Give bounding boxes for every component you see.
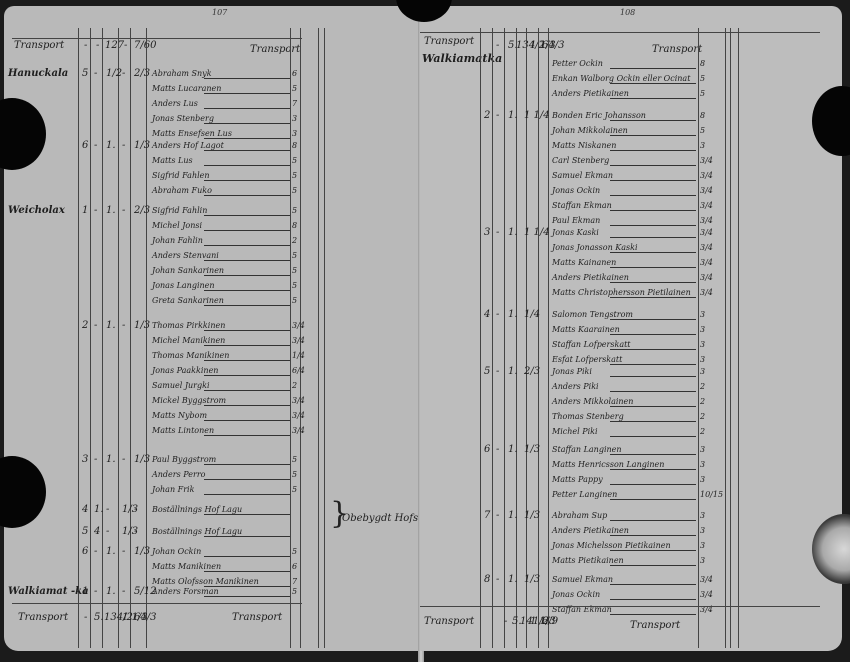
name-rule — [610, 535, 696, 536]
name-rule — [204, 78, 290, 79]
name-rule — [204, 360, 290, 361]
share-value: 3/4 — [700, 216, 713, 225]
entry-c3: 1. — [508, 444, 518, 455]
entry-c4: - — [122, 140, 125, 151]
column-rule — [78, 28, 79, 648]
share-value: 5 — [292, 186, 297, 195]
name-rule — [610, 421, 696, 422]
entry-c4: 1/3 — [524, 444, 540, 455]
entry-c5: 1/3 — [134, 320, 150, 331]
place-label: Hanuckala — [8, 68, 68, 79]
share-value: 3 — [700, 325, 705, 334]
person-name: Samuel Jurgki — [152, 381, 210, 390]
person-name: Carl Stenberg — [552, 156, 609, 165]
name-rule — [204, 305, 290, 306]
entry-no: 4 — [82, 504, 88, 515]
entry-no: 3 — [484, 227, 490, 238]
place-label: Walkiamat -ka — [8, 586, 89, 597]
entry-c4: - — [122, 320, 125, 331]
person-name: Mickel Byggstrom — [152, 396, 226, 405]
right-page: 108 Transport Walkiamatka - 5. 134/2 1 1… — [420, 6, 842, 651]
name-rule — [204, 215, 290, 216]
person-name: Abraham Fuko — [152, 186, 212, 195]
name-rule — [204, 108, 290, 109]
entry-c2: - — [496, 309, 499, 320]
entry-no: 6 — [484, 444, 490, 455]
column-rule — [516, 28, 517, 648]
header-rule — [12, 38, 302, 39]
entry-c2: - — [496, 510, 499, 521]
footer-right-transport: Transport — [630, 620, 680, 631]
entry-c3: 1. — [508, 574, 518, 585]
name-rule — [610, 334, 696, 335]
name-rule — [610, 252, 696, 253]
name-rule — [204, 195, 290, 196]
name-rule — [610, 297, 696, 298]
person-name: Bonden Eric Johansson — [552, 111, 646, 120]
name-rule — [610, 550, 696, 551]
person-name: Enkan Walborg Ockin eller Ocinat — [552, 74, 690, 83]
share-value: 5 — [292, 296, 297, 305]
name-rule — [610, 520, 696, 521]
share-value: 3 — [700, 541, 705, 550]
header-right-transport: Transport — [652, 44, 702, 55]
share-value: 2 — [292, 236, 297, 245]
entry-c3: 1. — [508, 110, 518, 121]
share-value: 3 — [292, 129, 297, 138]
share-value: 3/4 — [700, 575, 713, 584]
share-value: 3/4 — [292, 426, 305, 435]
person-name: Thomas Manikinen — [152, 351, 229, 360]
share-value: 3/4 — [700, 201, 713, 210]
name-rule — [204, 514, 290, 515]
share-value: 3/4 — [292, 321, 305, 330]
header-col-2: - — [96, 40, 99, 51]
page-number: 108 — [620, 8, 635, 17]
person-name: Matts Lus — [152, 156, 193, 165]
person-name: Anders Pietikainen — [552, 273, 629, 282]
footer-right-transport: Transport — [232, 612, 282, 623]
person-name: Petter Ockin — [552, 59, 603, 68]
name-rule — [610, 469, 696, 470]
entry-c4: 2/3 — [524, 366, 540, 377]
entry-c2: - — [94, 586, 97, 597]
share-value: 3 — [700, 310, 705, 319]
share-value: 10/15 — [700, 490, 723, 499]
person-name: Anders Pietikainen — [552, 526, 629, 535]
person-name: Samuel Ekman — [552, 171, 613, 180]
footer-col-2: 5. — [94, 612, 104, 623]
header-col-5: 64/3 — [542, 40, 564, 51]
entry-c5: - — [134, 526, 137, 537]
name-rule — [204, 290, 290, 291]
share-value: 5 — [700, 126, 705, 135]
person-name: Johan Fahlin — [152, 236, 203, 245]
person-name: Anders Lus — [152, 99, 198, 108]
person-name: Abraham Sup — [552, 511, 607, 520]
entry-c2: - — [496, 444, 499, 455]
name-rule — [610, 319, 696, 320]
share-value: 5 — [292, 84, 297, 93]
entry-c4: - — [122, 586, 125, 597]
entry-c2: - — [94, 546, 97, 557]
person-name: Matts Olofsson Manikinen — [152, 577, 259, 586]
person-name: Salomon Tengstrom — [552, 310, 633, 319]
entry-c3: 1. — [508, 366, 518, 377]
person-name: Matts Pietikainen — [552, 556, 624, 565]
name-rule — [610, 120, 696, 121]
entry-c4: - — [122, 205, 125, 216]
entry-c3: 1. — [508, 227, 518, 238]
share-value: 5 — [292, 251, 297, 260]
entry-no: 3 — [82, 454, 88, 465]
share-value: 3/4 — [700, 258, 713, 267]
entry-c4: - — [122, 546, 125, 557]
name-rule — [204, 479, 290, 480]
person-name: Anders Stenvani — [152, 251, 219, 260]
bracket-note: Obebygdt Hofslager — [342, 513, 420, 524]
share-value: 5 — [292, 485, 297, 494]
name-rule — [610, 599, 696, 600]
name-rule — [610, 391, 696, 392]
person-name: Jonas Stenberg — [152, 114, 214, 123]
share-value: 8 — [700, 111, 705, 120]
name-rule — [204, 405, 290, 406]
person-name: Anders Perro — [152, 470, 205, 479]
entry-no: 1 — [82, 586, 88, 597]
person-name: Staffan Ekman — [552, 201, 612, 210]
name-rule — [610, 436, 696, 437]
name-rule — [610, 484, 696, 485]
share-value: 3/4 — [700, 273, 713, 282]
footer-rule — [12, 603, 302, 604]
footer-col-1: - — [504, 616, 507, 627]
name-rule — [610, 180, 696, 181]
share-value: 5 — [292, 266, 297, 275]
name-rule — [610, 406, 696, 407]
person-name: Staffan Langinen — [552, 445, 622, 454]
column-rule — [290, 28, 291, 648]
name-rule — [610, 165, 696, 166]
person-name: Boställnings Hof Lagu — [152, 505, 242, 514]
entry-no: 7 — [484, 510, 490, 521]
share-value: 5 — [292, 455, 297, 464]
name-rule — [204, 245, 290, 246]
share-value: 3/4 — [700, 171, 713, 180]
entry-c3: 1. — [508, 309, 518, 320]
name-rule — [204, 571, 290, 572]
name-rule — [610, 135, 696, 136]
name-rule — [204, 93, 290, 94]
share-value: 3/4 — [292, 336, 305, 345]
name-rule — [610, 68, 696, 69]
column-rule — [526, 28, 527, 648]
entry-c2: - — [496, 227, 499, 238]
share-value: 5 — [700, 89, 705, 98]
person-name: Matts Kainanen — [552, 258, 616, 267]
share-value: 2 — [700, 382, 705, 391]
name-rule — [610, 98, 696, 99]
person-name: Thomas Pirkkinen — [152, 321, 225, 330]
share-value: 3/4 — [292, 396, 305, 405]
name-rule — [610, 210, 696, 211]
footer-col-5: 64/3 — [134, 612, 156, 623]
entry-c2: - — [496, 110, 499, 121]
entry-c5: 2/3 — [134, 68, 150, 79]
entry-c3: 1. — [106, 140, 116, 151]
entry-c3: 1. — [106, 454, 116, 465]
person-name: Matts Lintonen — [152, 426, 214, 435]
person-name: Thomas Stenberg — [552, 412, 624, 421]
name-rule — [610, 454, 696, 455]
entry-c4: 1/3 — [524, 510, 540, 521]
person-name: Jonas Paakkinen — [152, 366, 218, 375]
share-value: 3/4 — [700, 288, 713, 297]
share-value: 8 — [700, 59, 705, 68]
header-transport-label: Transport — [14, 40, 64, 51]
entry-c3: 1. — [106, 320, 116, 331]
share-value: 3/4 — [700, 228, 713, 237]
person-name: Johan Sankarinen — [152, 266, 224, 275]
person-name: Matts Manikinen — [152, 562, 221, 571]
header-col-1: - — [84, 40, 87, 51]
person-name: Jonas Jonasson Kaski — [552, 243, 638, 252]
entry-c3: 1. — [508, 510, 518, 521]
share-value: 8 — [292, 141, 297, 150]
entry-c4: - — [122, 68, 125, 79]
person-name: Abraham Snyk — [152, 69, 212, 78]
person-name: Staffan Lofperskatt — [552, 340, 631, 349]
footer-col-1: - — [84, 612, 87, 623]
person-name: Matts Pappy — [552, 475, 603, 484]
name-rule — [204, 275, 290, 276]
share-value: 8 — [292, 221, 297, 230]
column-rule — [725, 28, 726, 648]
footer-transport-label: Transport — [424, 616, 474, 627]
person-name: Sigfrid Fahlen — [152, 171, 210, 180]
person-name: Johan Mikkolainen — [552, 126, 628, 135]
name-rule — [610, 267, 696, 268]
header-right-transport: Transport — [250, 44, 300, 55]
share-value: 3 — [700, 556, 705, 565]
person-name: Esfat Lofperskatt — [552, 355, 622, 364]
name-rule — [610, 565, 696, 566]
share-value: 3 — [700, 355, 705, 364]
column-rule — [90, 28, 91, 648]
share-value: 3 — [700, 460, 705, 469]
entry-c2: - — [94, 68, 97, 79]
column-rule — [324, 28, 325, 648]
entry-c2: 4 — [94, 526, 100, 537]
name-rule — [610, 237, 696, 238]
column-rule — [698, 28, 699, 648]
header-col-4: - — [124, 40, 127, 51]
share-value: 3 — [700, 526, 705, 535]
column-rule — [130, 28, 131, 648]
share-value: 3/4 — [700, 156, 713, 165]
share-value: 3/4 — [700, 186, 713, 195]
person-name: Matts Ensefsen Lus — [152, 129, 232, 138]
entry-c5: 1/3 — [134, 546, 150, 557]
header-col-1: - — [496, 40, 499, 51]
name-rule — [610, 150, 696, 151]
person-name: Matts Niskanen — [552, 141, 616, 150]
header-col-3: 127 — [105, 40, 124, 51]
share-value: 7 — [292, 577, 297, 586]
share-value: 6 — [292, 562, 297, 571]
name-rule — [204, 165, 290, 166]
entry-c2: - — [94, 205, 97, 216]
entry-no: 2 — [484, 110, 490, 121]
name-rule — [204, 596, 290, 597]
name-rule — [610, 584, 696, 585]
entry-no: 4 — [484, 309, 490, 320]
entry-c2: - — [496, 574, 499, 585]
entry-c3: - — [106, 526, 109, 537]
name-rule — [204, 330, 290, 331]
entry-c2: - — [496, 366, 499, 377]
entry-c5: - — [134, 504, 137, 515]
entry-no: 8 — [484, 574, 490, 585]
column-rule — [118, 28, 119, 648]
header-place: Walkiamatka — [422, 52, 502, 65]
entry-c3: 1/2 — [106, 68, 122, 79]
entry-no: 1 — [82, 205, 88, 216]
person-name: Michel Jonsi — [152, 221, 202, 230]
share-value: 3 — [700, 511, 705, 520]
name-rule — [204, 420, 290, 421]
entry-no: 6 — [82, 140, 88, 151]
entry-c4: 1 1/4 — [524, 227, 550, 238]
name-rule — [204, 556, 290, 557]
person-name: Anders Pietikainen — [552, 89, 629, 98]
share-value: 1/4 — [292, 351, 305, 360]
person-name: Anders Hof Lagot — [152, 141, 224, 150]
share-value: 3/4 — [700, 590, 713, 599]
person-name: Anders Mikkolainen — [552, 397, 633, 406]
person-name: Matts Lucaranen — [152, 84, 221, 93]
share-value: 5 — [292, 470, 297, 479]
name-rule — [204, 390, 290, 391]
person-name: Jonas Kaski — [552, 228, 599, 237]
name-rule — [610, 614, 696, 615]
person-name: Sigfrid Fahlin — [152, 206, 207, 215]
name-rule — [204, 435, 290, 436]
name-rule — [204, 123, 290, 124]
entry-c4: 1/4 — [524, 309, 540, 320]
share-value: 6/4 — [292, 366, 305, 375]
share-value: 5 — [292, 156, 297, 165]
name-rule — [204, 494, 290, 495]
name-rule — [204, 345, 290, 346]
person-name: Jonas Ockin — [552, 186, 600, 195]
name-rule — [610, 225, 696, 226]
person-name: Paul Ekman — [552, 216, 600, 225]
share-value: 2 — [700, 397, 705, 406]
entry-no: 6 — [82, 546, 88, 557]
person-name: Jonas Michelsson Pietikainen — [552, 541, 671, 550]
share-value: 3 — [700, 367, 705, 376]
person-name: Johan Frik — [152, 485, 194, 494]
footer-col-5: 6/9 — [542, 616, 558, 627]
share-value: 2 — [700, 427, 705, 436]
place-label: Weicholax — [8, 205, 65, 216]
entry-c3: - — [106, 504, 109, 515]
share-value: 3/4 — [292, 411, 305, 420]
name-rule — [610, 376, 696, 377]
name-rule — [610, 282, 696, 283]
name-rule — [204, 464, 290, 465]
entry-c3: 1. — [106, 205, 116, 216]
share-value: 3 — [700, 340, 705, 349]
share-value: 5 — [292, 587, 297, 596]
column-rule — [738, 28, 739, 648]
footer-transport-label: Transport — [18, 612, 68, 623]
person-name: Michel Piki — [552, 427, 598, 436]
column-rule — [730, 28, 731, 648]
name-rule — [204, 536, 290, 537]
person-name: Anders Forsman — [152, 587, 219, 596]
name-rule — [204, 260, 290, 261]
share-value: 6 — [292, 69, 297, 78]
person-name: Samuel Ekman — [552, 575, 613, 584]
name-rule — [610, 364, 696, 365]
name-rule — [204, 150, 290, 151]
person-name: Matts Henricsson Langinen — [552, 460, 664, 469]
name-rule — [204, 180, 290, 181]
person-name: Johan Ockin — [152, 547, 201, 556]
share-value: 7 — [292, 99, 297, 108]
person-name: Jonas Langinen — [152, 281, 215, 290]
entry-c5: 1/3 — [134, 454, 150, 465]
person-name: Matts Kaarainen — [552, 325, 620, 334]
entry-no: 2 — [82, 320, 88, 331]
column-rule — [492, 28, 493, 648]
entry-c4: - — [122, 454, 125, 465]
share-value: 3 — [700, 445, 705, 454]
entry-c2: 1. — [94, 504, 104, 515]
column-rule — [548, 28, 549, 648]
column-rule — [480, 28, 481, 648]
person-name: Matts Christophersson Pietilainen — [552, 288, 691, 297]
header-transport-label: Transport — [424, 36, 474, 47]
person-name: Boställnings Hof Lagu — [152, 527, 242, 536]
share-value: 5 — [292, 547, 297, 556]
entry-c3: 1. — [106, 586, 116, 597]
entry-c4: 1/3 — [524, 574, 540, 585]
ledger-spread: 107 Transport - - 127 - 7/60 Transport H… — [0, 0, 850, 662]
entry-c2: - — [94, 140, 97, 151]
entry-c5: 2/3 — [134, 205, 150, 216]
person-name: Matts Nybom — [152, 411, 207, 420]
share-value: 5 — [700, 74, 705, 83]
person-name: Michel Manikinen — [152, 336, 225, 345]
share-value: 3 — [700, 141, 705, 150]
entry-c2: - — [94, 454, 97, 465]
name-rule — [610, 499, 696, 500]
share-value: 5 — [292, 171, 297, 180]
entry-no: 5 — [82, 68, 88, 79]
name-rule — [204, 138, 290, 139]
person-name: Greta Sankarinen — [152, 296, 224, 305]
entry-c2: - — [94, 320, 97, 331]
person-name: Paul Byggstrom — [152, 455, 216, 464]
share-value: 2 — [292, 381, 297, 390]
entry-no: 5 — [484, 366, 490, 377]
left-page: 107 Transport - - 127 - 7/60 Transport H… — [4, 6, 420, 651]
footer-rule — [420, 606, 820, 607]
person-name: Jonas Ockin — [552, 590, 600, 599]
